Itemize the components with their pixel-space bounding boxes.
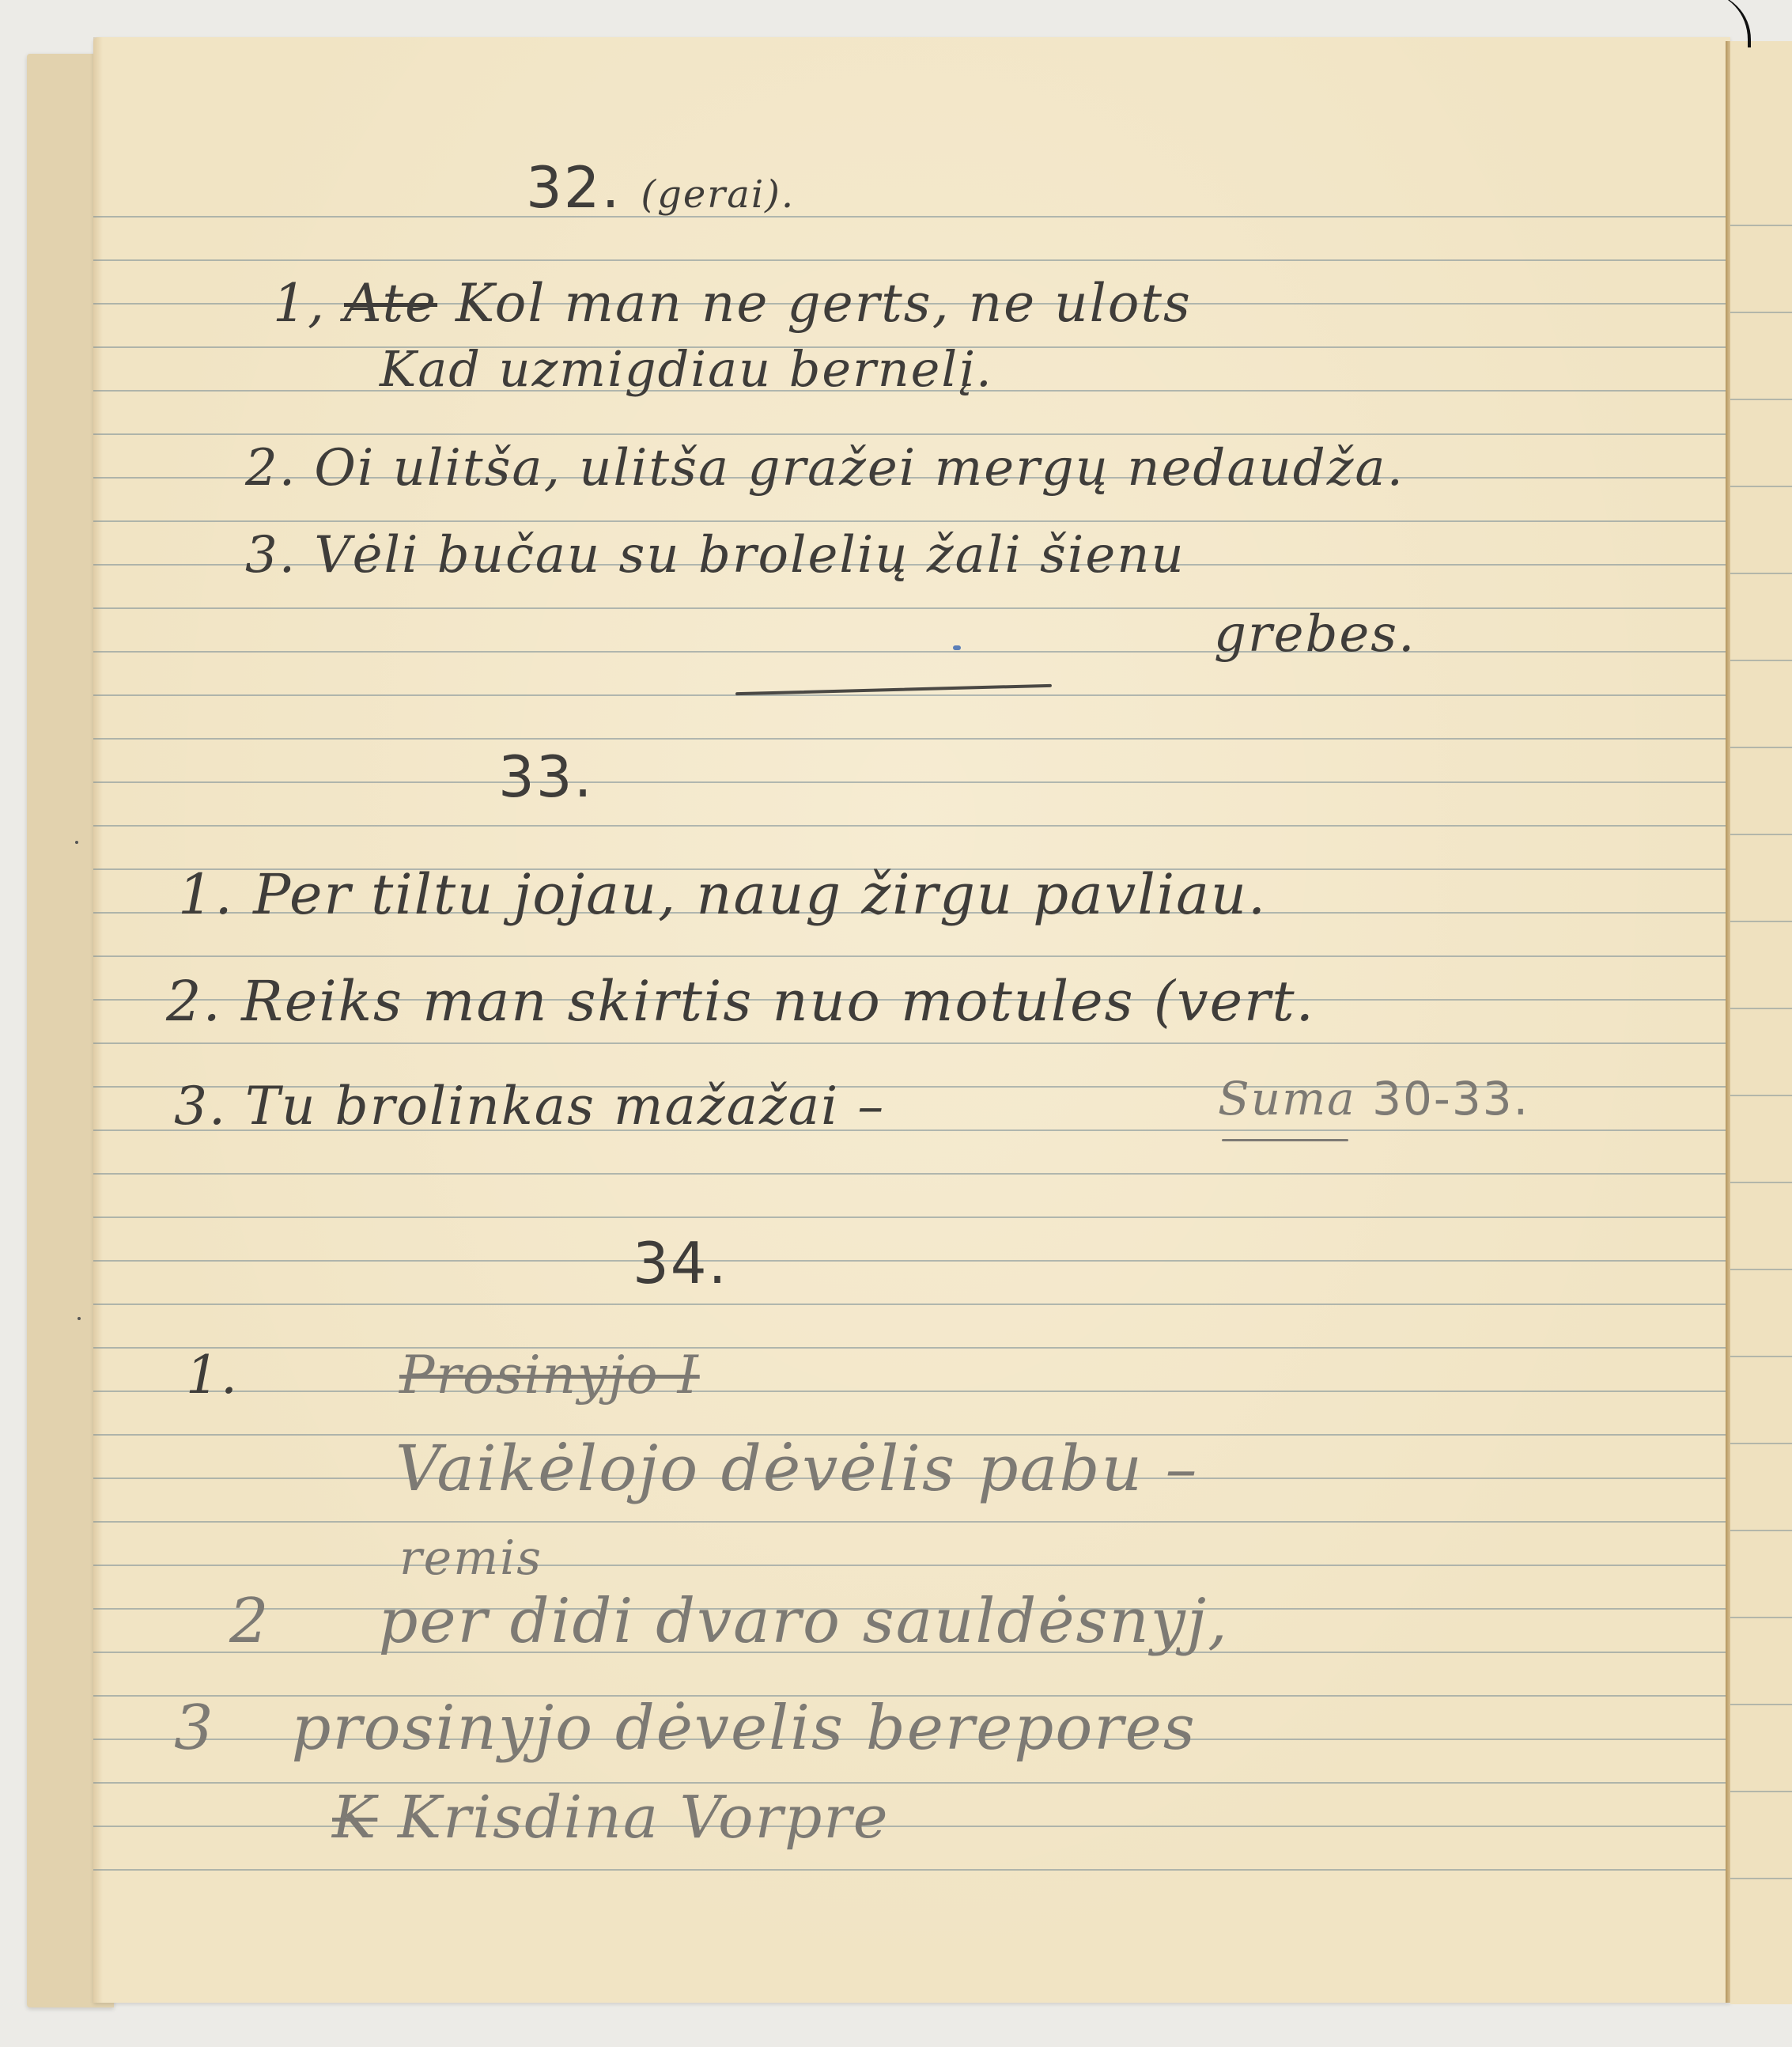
section-number: 33.: [498, 744, 594, 810]
section-number: 34.: [633, 1230, 728, 1296]
facing-page-edge: [1730, 41, 1792, 2004]
ruled-line: [1730, 1878, 1792, 1879]
sum-label: Suma: [1218, 1072, 1356, 1126]
item-text: Kol man ne gerts, ne ulots: [456, 273, 1192, 334]
ruled-line: [1730, 225, 1792, 226]
ruled-line: [93, 694, 1730, 696]
ruled-line: [93, 433, 1730, 435]
s32-item-1: 1, Ate Kol man ne gerts, ne ulots: [273, 273, 1192, 334]
ruled-line: [1730, 921, 1792, 922]
ruled-line: [1730, 1791, 1792, 1792]
paper-speck: [78, 1317, 81, 1320]
ruled-line: [1730, 1182, 1792, 1183]
s34-item-1-struck: Prosinyjo I: [399, 1345, 700, 1406]
ruled-line: [1730, 1008, 1792, 1009]
ruled-line: [93, 1042, 1730, 1044]
ruled-line: [1730, 573, 1792, 574]
section-34-heading: 34.: [633, 1230, 728, 1296]
section-33-heading: 33.: [498, 744, 594, 810]
item-text: Vėli bučau su brolelių žali šienu: [314, 526, 1185, 585]
item-text: Vaikėlojo dėvėlis pabu –: [395, 1432, 1199, 1505]
s32-item-3-cont: grebes.: [1214, 605, 1416, 664]
item-number: 2.: [245, 439, 297, 498]
item-number: 2.: [166, 969, 222, 1034]
section-32-heading: 32. (gerai).: [526, 154, 795, 221]
ruled-line: [93, 738, 1730, 740]
item-text: remis: [399, 1531, 543, 1586]
s34-signature: K Krisdina Vorpre: [332, 1784, 890, 1852]
item-number: 2: [229, 1586, 270, 1657]
struck-letter: K: [332, 1784, 377, 1852]
ruled-line: [93, 1216, 1730, 1218]
ruled-line: [1730, 1269, 1792, 1270]
s32-item-2: 2. Oi ulitša, ulitša gražei mergų nedaud…: [245, 439, 1404, 498]
paper-speck: [75, 841, 78, 844]
ruled-line: [1730, 834, 1792, 835]
struck-word: Ate: [344, 273, 437, 334]
s33-item-3: 3. Tu brolinkas mažažai –: [174, 1076, 885, 1137]
item-number: 3.: [245, 526, 297, 585]
ruled-line: [93, 1869, 1730, 1871]
item-text: prosinyjo dėvelis berepores: [291, 1693, 1196, 1764]
s33-item-1: 1. Per tiltu jojau, naug žirgu pavliau.: [178, 862, 1267, 927]
section-number: 32.: [526, 154, 622, 221]
ruled-line: [1730, 1095, 1792, 1096]
ruled-line: [93, 955, 1730, 957]
s32-item-1-cont: Kad uzmigdiau bernelį.: [380, 340, 993, 398]
ruled-line: [1730, 1704, 1792, 1705]
ruled-line: [93, 607, 1730, 609]
ruled-line: [93, 1521, 1730, 1523]
ruled-line: [93, 825, 1730, 827]
ruled-line: [93, 1260, 1730, 1262]
ink-mark: [953, 645, 961, 650]
ruled-line: [93, 1347, 1730, 1349]
ruled-line: [1730, 1356, 1792, 1357]
item-number: 1.: [178, 862, 234, 927]
sum-underline: [1222, 1139, 1348, 1141]
item-text: per didi dvaro sauldėsnyj,: [378, 1586, 1228, 1657]
s33-item-2: 2. Reiks man skirtis nuo motules (vert.: [166, 969, 1315, 1034]
s34-item-2: 2 per didi dvaro sauldėsnyj,: [229, 1586, 1229, 1657]
item-text: Tu brolinkas mažažai –: [245, 1076, 885, 1137]
item-number: 1.: [186, 1345, 239, 1406]
item-text: Kad uzmigdiau bernelį.: [380, 340, 993, 398]
ruled-line: [93, 1173, 1730, 1175]
ruled-line: [1730, 747, 1792, 748]
sum-annotation: Suma 30-33.: [1218, 1072, 1529, 1126]
item-text: Per tiltu jojau, naug žirgu pavliau.: [253, 862, 1267, 927]
ruled-line: [93, 216, 1730, 218]
ruled-line: [93, 1303, 1730, 1305]
ruled-line: [93, 651, 1730, 653]
item-text: Reiks man skirtis nuo motules (vert.: [241, 969, 1315, 1034]
s34-item-1-number: 1.: [186, 1345, 239, 1406]
ruled-line: [93, 1391, 1730, 1392]
ruled-line: [1730, 660, 1792, 661]
item-text: Krisdina Vorpre: [398, 1784, 890, 1852]
s32-item-3: 3. Vėli bučau su brolelių žali šienu: [245, 526, 1185, 585]
ruled-line: [1730, 1617, 1792, 1618]
ruled-line: [93, 781, 1730, 783]
ruled-line: [1730, 1530, 1792, 1531]
ruled-line: [93, 259, 1730, 261]
ruled-line: [93, 1565, 1730, 1566]
ruled-line: [1730, 399, 1792, 400]
s34-item-1-line: Vaikėlojo dėvėlis pabu –: [395, 1432, 1199, 1505]
page-edge-shadow: [93, 37, 103, 2003]
item-number: 3.: [174, 1076, 227, 1137]
s34-item-1-cont: remis: [399, 1531, 543, 1586]
item-text: Oi ulitša, ulitša gražei mergų nedaudža.: [314, 439, 1404, 498]
ruled-line: [1730, 312, 1792, 313]
section-note: (gerai).: [641, 172, 795, 217]
item-number: 3: [174, 1693, 215, 1764]
struck-word: Prosinyjo I: [399, 1345, 700, 1406]
ruled-line: [1730, 486, 1792, 487]
item-text: grebes.: [1214, 605, 1416, 664]
ruled-line: [1730, 1443, 1792, 1444]
item-number: 1,: [273, 273, 326, 334]
s34-item-3: 3 prosinyjo dėvelis berepores: [174, 1693, 1197, 1764]
sum-range: 30-33.: [1372, 1072, 1529, 1126]
cable-artifact: [1700, 0, 1751, 47]
ruled-line: [93, 520, 1730, 522]
